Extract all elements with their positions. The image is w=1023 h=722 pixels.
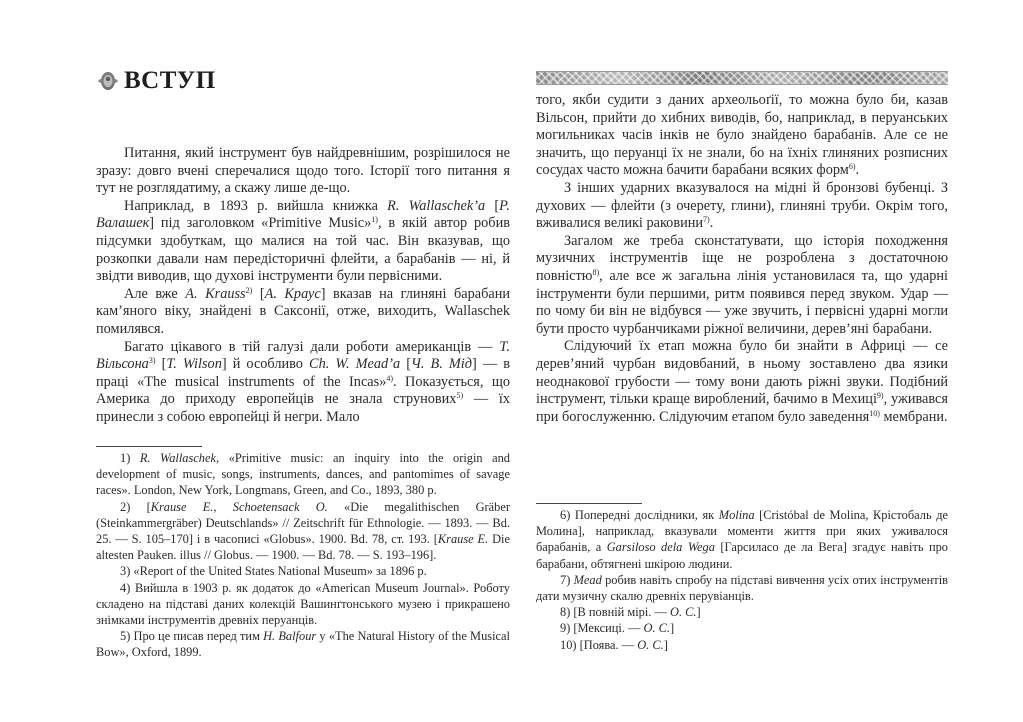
left-page-body: Питання, який інструмент був найдревніши…: [96, 145, 510, 427]
footnote-separator: [96, 446, 202, 447]
footnote-ref: 7): [703, 215, 710, 224]
footnote-ref: 4): [386, 374, 393, 383]
paragraph: Питання, який інструмент був найдревніши…: [96, 145, 510, 198]
paragraph: Слідуючий їх етап можна було би знайти в…: [536, 338, 948, 426]
italic-text: Krause E., Schoetensack O.: [151, 500, 328, 514]
footnote-ref: 6): [849, 162, 856, 171]
italic-text: R. Wallaschek’a: [387, 198, 485, 214]
paragraph: 6) Попередні дослідники, як Molina [Cris…: [536, 507, 948, 572]
footnote-ref: 2): [246, 286, 253, 295]
italic-text: О. С.: [644, 621, 671, 635]
paragraph: 2) [Krause E., Schoetensack O. «Die mega…: [96, 499, 510, 564]
italic-text: Mead: [574, 573, 602, 587]
paragraph: 3) «Report of the United States National…: [96, 563, 510, 579]
chapter-title: ВСТУП: [124, 68, 216, 94]
italic-text: H. Balfour: [263, 629, 316, 643]
italic-text: Ch. W. Mead’a: [309, 356, 400, 372]
footnote-ref: 9): [877, 391, 884, 400]
paragraph: 7) Mead робив навіть спробу на підставі …: [536, 572, 948, 604]
italic-text: Krause E.: [438, 532, 488, 546]
right-footnotes: 6) Попередні дослідники, як Molina [Cris…: [536, 507, 948, 653]
paragraph: 8) [В повній мірі. — О. С.]: [536, 604, 948, 620]
footnote-ref: 10): [869, 409, 880, 418]
decorative-band: [536, 71, 948, 85]
italic-text: А. Краус: [265, 286, 321, 302]
footnote-ref: 1): [371, 215, 378, 224]
paragraph: 10) [Поява. — О. С.]: [536, 637, 948, 653]
left-page-footnotes: 1) R. Wallaschek, «Primitive music: an i…: [96, 450, 510, 661]
italic-text: R. Wallaschek: [140, 451, 216, 465]
footnote-ref: 5): [456, 391, 463, 400]
italic-text: Garsiloso dela Wega: [607, 540, 715, 554]
paragraph: того, якби судити з даних археольоґії, т…: [536, 92, 948, 180]
italic-text: О. С.: [637, 638, 664, 652]
italic-text: О. С.: [670, 605, 697, 619]
right-page-body: того, якби судити з даних археольоґії, т…: [536, 92, 948, 426]
paragraph: Багато цікавого в тій галузі дали роботи…: [96, 339, 510, 427]
footnote-separator: [536, 503, 642, 504]
paragraph: Наприклад, в 1893 р. вийшла книжка R. Wa…: [96, 198, 510, 286]
paragraph: Загалом же треба сконстатувати, що істор…: [536, 233, 948, 339]
paragraph: З інших ударних вказувалося на мідні й б…: [536, 180, 948, 233]
footnote-ref: 8): [592, 268, 599, 277]
italic-text: Molina: [719, 508, 755, 522]
left-paragraphs: Питання, який інструмент був найдревніши…: [96, 145, 510, 427]
floral-ornament-icon: [96, 69, 120, 93]
paragraph: 1) R. Wallaschek, «Primitive music: an i…: [96, 450, 510, 499]
right-paragraphs: того, якби судити з даних археольоґії, т…: [536, 92, 948, 426]
paragraph: Але вже A. Krauss2) [А. Краус] вказав на…: [96, 286, 510, 339]
paragraph: 5) Про це писав перед тим H. Balfour у «…: [96, 628, 510, 660]
left-footnotes: 1) R. Wallaschek, «Primitive music: an i…: [96, 450, 510, 661]
right-page-footnotes: 6) Попередні дослідники, як Molina [Cris…: [536, 507, 948, 653]
italic-text: T. Wilson: [166, 356, 221, 372]
paragraph: 4) Вийшла в 1903 р. як додаток до «Ameri…: [96, 580, 510, 629]
italic-text: A. Krauss: [185, 286, 245, 302]
italic-text: Ч. В. Мід: [411, 356, 472, 372]
chapter-heading: ВСТУП: [96, 68, 216, 94]
footnote-ref: 3): [149, 356, 156, 365]
paragraph: 9) [Мексиці. — О. С.]: [536, 620, 948, 636]
